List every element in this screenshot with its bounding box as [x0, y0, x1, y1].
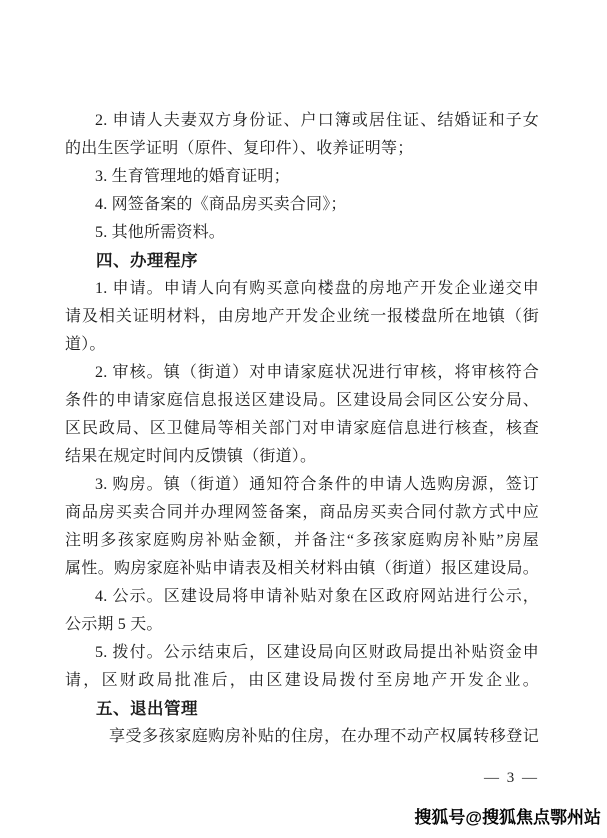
- document-line: 1. 申请。申请人向有购买意向楼盘的房地产开发企业递交申: [65, 275, 539, 303]
- document-body: 2. 申请人夫妻双方身份证、户口簿或居住证、结婚证和子女的出生医学证明（原件、复…: [65, 107, 539, 751]
- document-line: 结果在规定时间内反馈镇（街道）。: [65, 443, 539, 471]
- document-line: 条件的申请家庭信息报送区建设局。区建设局会同区公安分局、: [65, 387, 539, 415]
- document-line: 3. 生育管理地的婚育证明；: [65, 163, 539, 191]
- document-line: 4. 公示。区建设局将申请补贴对象在区政府网站进行公示，: [65, 583, 539, 611]
- document-line: 请，区财政局批准后，由区建设局拨付至房地产开发企业。: [65, 667, 539, 695]
- section-heading: 四、办理程序: [65, 247, 539, 275]
- document-line: 的出生医学证明（原件、复印件）、收养证明等；: [65, 135, 539, 163]
- document-page: 2. 申请人夫妻双方身份证、户口簿或居住证、结婚证和子女的出生医学证明（原件、复…: [0, 0, 607, 838]
- section-heading: 五、退出管理: [65, 695, 539, 723]
- document-line: 区民政局、区卫健局等相关部门对申请家庭信息进行核查，核查: [65, 415, 539, 443]
- document-line: 请及相关证明材料，由房地产开发企业统一报楼盘所在地镇（街: [65, 303, 539, 331]
- watermark-text: 搜狐号@搜狐焦点鄂州站: [414, 803, 601, 828]
- document-line: 公示期 5 天。: [65, 611, 539, 639]
- document-line: 5. 拨付。公示结束后，区建设局向区财政局提出补贴资金申: [65, 639, 539, 667]
- document-line: 道）。: [65, 331, 539, 359]
- document-line: 4. 网签备案的《商品房买卖合同》；: [65, 191, 539, 219]
- document-line: 注明多孩家庭购房补贴金额，并备注“多孩家庭购房补贴”房屋: [65, 527, 539, 555]
- document-line: 商品房买卖合同并办理网签备案，商品房买卖合同付款方式中应: [65, 499, 539, 527]
- page-number: — 3 —: [484, 770, 539, 787]
- document-line: 3. 购房。镇（街道）通知符合条件的申请人选购房源，签订: [65, 471, 539, 499]
- document-line: 2. 审核。镇（街道）对申请家庭状况进行审核，将审核符合: [65, 359, 539, 387]
- document-line: 5. 其他所需资料。: [65, 219, 539, 247]
- document-line: 享受多孩家庭购房补贴的住房，在办理不动产权属转移登记: [65, 723, 539, 751]
- document-line: 2. 申请人夫妻双方身份证、户口簿或居住证、结婚证和子女: [65, 107, 539, 135]
- document-line: 属性。购房家庭补贴申请表及相关材料由镇（街道）报区建设局。: [65, 555, 539, 583]
